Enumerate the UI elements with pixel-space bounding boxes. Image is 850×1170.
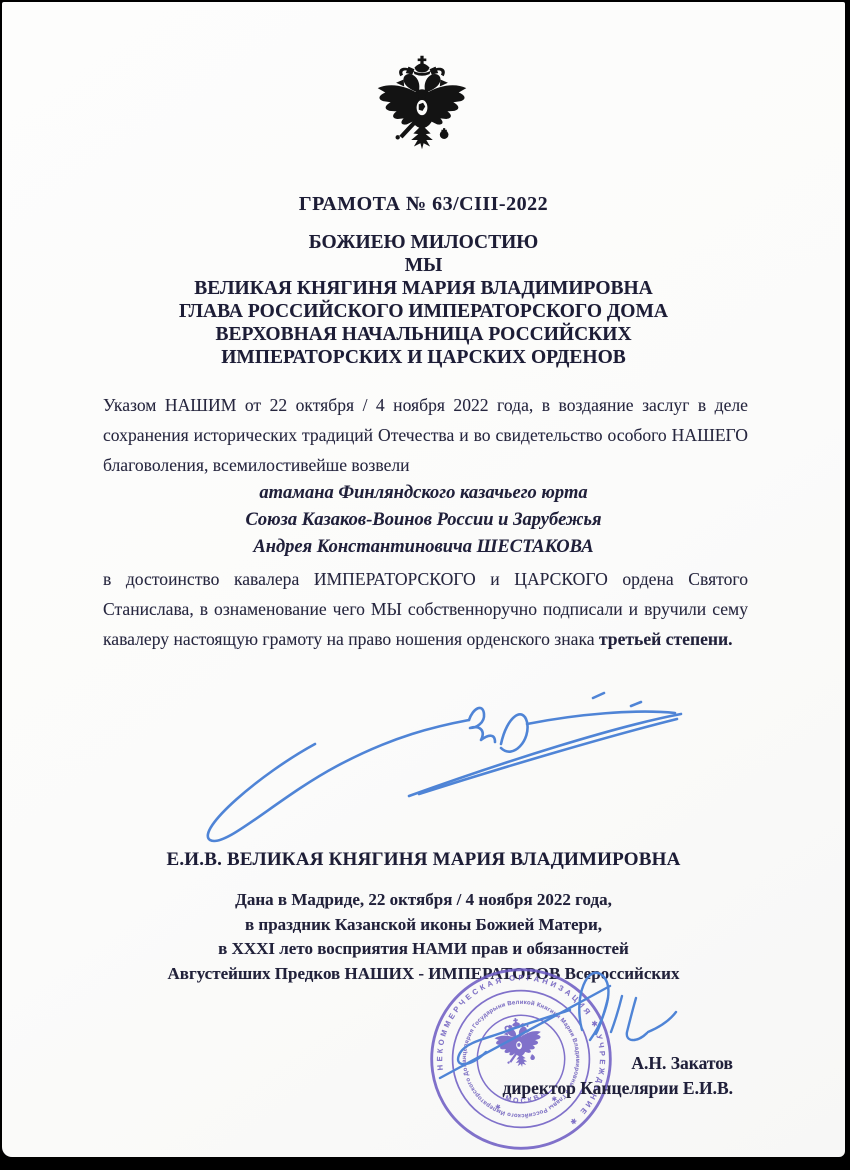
decree-paragraph: Указом НАШИМ от 22 октября / 4 ноября 20…: [103, 390, 748, 480]
official-name: А.Н. Закатов: [502, 1051, 733, 1076]
heading-block: БОЖИЕЮ МИЛОСТИЮ МЫ ВЕЛИКАЯ КНЯГИНЯ МАРИЯ…: [2, 231, 845, 369]
signatory-line: Е.И.В. ВЕЛИКАЯ КНЯГИНЯ МАРИЯ ВЛАДИМИРОВН…: [2, 849, 845, 871]
title-line-supreme-chief-1: ВЕРХОВНАЯ НАЧАЛЬНИЦА РОССИЙСКИХ: [2, 323, 845, 346]
certificate-title: ГРАМОТА № 63/СIII-2022: [2, 193, 845, 216]
royal-we-line: МЫ: [2, 254, 845, 277]
title-line-name: ВЕЛИКАЯ КНЯГИНЯ МАРИЯ ВЛАДИМИРОВНА: [2, 277, 845, 300]
official-block: А.Н. Закатов директор Канцелярии Е.И.В.: [502, 1051, 733, 1101]
recipient-line-union: Союза Казаков-Воинов России и Зарубежья: [2, 507, 845, 534]
stamp-star-left: ✱: [495, 1104, 501, 1112]
grand-duchess-signature: [165, 682, 710, 850]
invocation-line: БОЖИЕЮ МИЛОСТИЮ: [2, 231, 845, 254]
certificate-page: ГРАМОТА № 63/СIII-2022 БОЖИЕЮ МИЛОСТИЮ М…: [2, 2, 845, 1157]
recipient-block: атамана Финляндского казачьего юрта Союз…: [2, 480, 845, 561]
official-title: директор Канцелярии Е.И.В.: [502, 1076, 733, 1101]
award-degree-bold: третьей степени.: [599, 629, 733, 649]
title-line-head-of-house: ГЛАВА РОССИЙСКОГО ИМПЕРАТОРСКОГО ДОМА: [2, 300, 845, 323]
scanned-page-frame: ГРАМОТА № 63/СIII-2022 БОЖИЕЮ МИЛОСТИЮ М…: [0, 0, 850, 1170]
recipient-line-name: Андрея Константиновича ШЕСТАКОВА: [2, 534, 845, 561]
title-line-supreme-chief-2: ИМПЕРАТОРСКИХ И ЦАРСКИХ ОРДЕНОВ: [2, 346, 845, 369]
recipient-line-rank: атамана Финляндского казачьего юрта: [2, 480, 845, 507]
issuance-line-feast: в праздник Казанской иконы Божией Матери…: [2, 913, 845, 938]
imperial-double-eagle-icon: [368, 48, 476, 164]
award-paragraph: в достоинство кавалера ИМПЕРАТОРСКОГО и …: [103, 564, 748, 654]
issuance-line-place-date: Дана в Мадриде, 22 октября / 4 ноября 20…: [2, 888, 845, 913]
